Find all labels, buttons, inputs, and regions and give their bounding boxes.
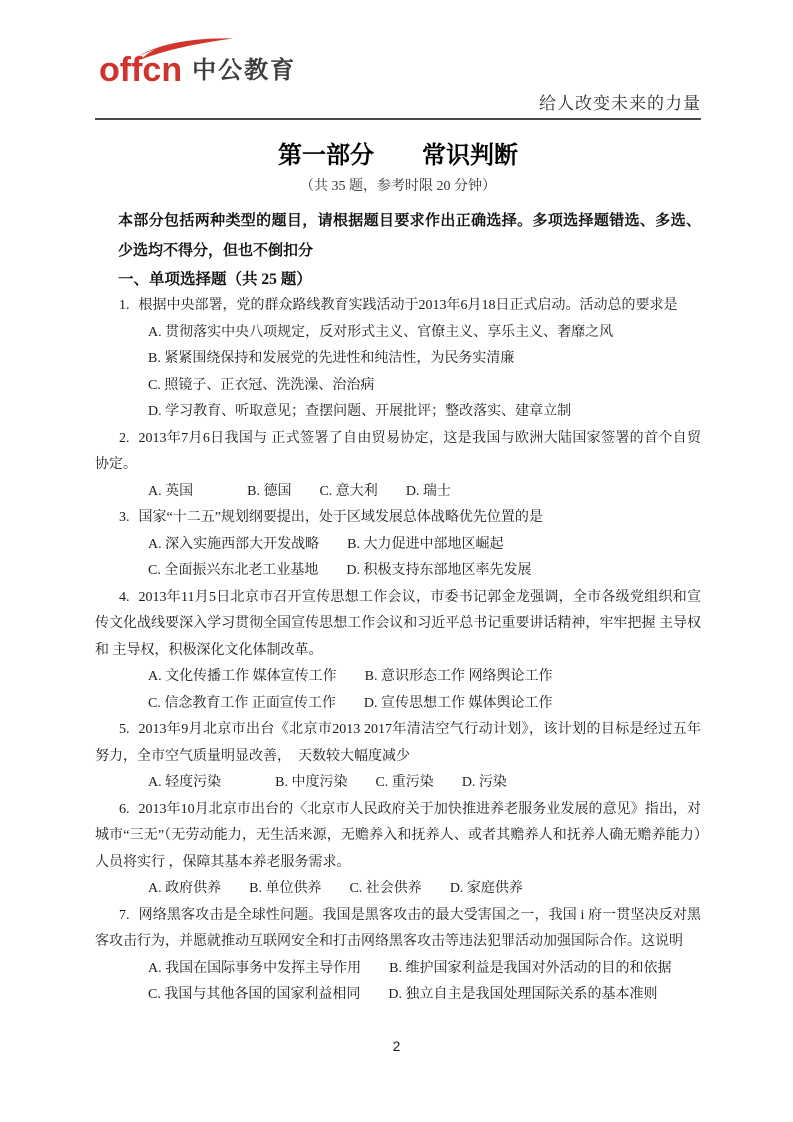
- question-4-option-a: A. 文化传播工作 媒体宣传工作: [148, 669, 337, 684]
- question-1-option-c: C. 照镜子、正衣冠、洗洗澡、治治病: [148, 378, 374, 393]
- question-7-stem: 7.网络黑客攻击是全球性问题。我国是黑客攻击的最大受害国之一，我国 i 府一贯坚…: [95, 903, 701, 956]
- header-slogan: 给人改变未来的力量: [539, 89, 701, 114]
- question-3-option-a: A. 深入实施西部大开发战略: [148, 537, 319, 552]
- section-heading: 一、单项选择题（共 25 题）: [95, 266, 701, 293]
- question-6-number: 6.: [119, 802, 130, 817]
- question-6-option-d: D. 家庭供养: [450, 881, 523, 896]
- question-4: 4.2013年11月5日北京市召开宣传思想工作会议，市委书记郭金龙强调，全市各级…: [95, 585, 701, 718]
- question-6: 6.2013年10月北京市出台的〈北京市人民政府关于加快推进养老服务业发展的意见…: [95, 797, 701, 903]
- question-1-text: 根据中央部署，党的群众路线教育实践活动于2013年6月18日正式启动。活动总的要…: [139, 298, 678, 313]
- question-1-option-b: B. 紧紧围绕保持和发展党的先进性和纯洁性，为民务实清廉: [148, 351, 514, 366]
- question-2-option-a: A. 英国: [148, 484, 193, 499]
- question-2-option-row: A. 英国B. 德国C. 意大利D. 瑞士: [95, 479, 701, 506]
- question-4-option-d: D. 宣传思想工作 媒体舆论工作: [364, 696, 553, 711]
- question-6-option-a: A. 政府供养: [148, 881, 221, 896]
- question-6-option-b: B. 单位供养: [249, 881, 321, 896]
- page-content: offcn 中公教育 给人改变未来的力量 第一部分 常识判断 （共 35 题，参…: [95, 0, 701, 1009]
- question-5-option-d: D. 污染: [462, 775, 507, 790]
- question-5-option-a: A. 轻度污染: [148, 775, 221, 790]
- question-7-option-b: B. 维护国家利益是我国对外活动的目的和依据: [389, 961, 671, 976]
- offcn-logo: offcn 中公教育: [99, 50, 296, 87]
- question-6-option-c: C. 社会供养: [349, 881, 421, 896]
- logo-cn-text: 中公教育: [192, 57, 296, 84]
- question-1-option-d: D. 学习教育、听取意见；查摆问题、开展批评；整改落实、建章立制: [148, 404, 571, 419]
- question-3-text: 国家“十二五”规划纲要提出，处于区域发展总体战略优先位置的是: [139, 510, 543, 525]
- question-1-option-row: B. 紧紧围绕保持和发展党的先进性和纯洁性，为民务实清廉: [95, 346, 701, 373]
- question-1-number: 1.: [119, 298, 130, 313]
- question-1-option-row: C. 照镜子、正衣冠、洗洗澡、治治病: [95, 373, 701, 400]
- question-7-text: 网络黑客攻击是全球性问题。我国是黑客攻击的最大受害国之一，我国 i 府一贯坚决反…: [95, 908, 701, 950]
- question-4-number: 4.: [119, 590, 130, 605]
- question-3-stem: 3.国家“十二五”规划纲要提出，处于区域发展总体战略优先位置的是: [95, 505, 701, 532]
- question-3-option-row: C. 全面振兴东北老工业基地D. 积极支持东部地区率先发展: [95, 558, 701, 585]
- question-7-option-a: A. 我国在国际事务中发挥主导作用: [148, 961, 361, 976]
- page-number: 2: [0, 1038, 793, 1054]
- question-2-option-c: C. 意大利: [319, 484, 377, 499]
- header: offcn 中公教育 给人改变未来的力量: [95, 0, 701, 120]
- question-7-number: 7.: [119, 908, 130, 923]
- question-5: 5.2013年9月北京市出台《北京市2013 2017年清洁空气行动计划》，该计…: [95, 717, 701, 797]
- question-1-option-row: A. 贯彻落实中央八项规定，反对形式主义、官僚主义、享乐主义、奢靡之风: [95, 320, 701, 347]
- question-5-stem: 5.2013年9月北京市出台《北京市2013 2017年清洁空气行动计划》，该计…: [95, 717, 701, 770]
- question-3-option-b: B. 大力促进中部地区崛起: [347, 537, 503, 552]
- question-5-option-b: B. 中度污染: [275, 775, 347, 790]
- question-1-option-row: D. 学习教育、听取意见；查摆问题、开展批评；整改落实、建章立制: [95, 399, 701, 426]
- question-3-option-c: C. 全面振兴东北老工业基地: [148, 563, 318, 578]
- question-4-option-row: C. 信念教育工作 正面宣传工作D. 宣传思想工作 媒体舆论工作: [95, 691, 701, 718]
- question-4-stem: 4.2013年11月5日北京市召开宣传思想工作会议，市委书记郭金龙强调，全市各级…: [95, 585, 701, 665]
- question-3: 3.国家“十二五”规划纲要提出，处于区域发展总体战略优先位置的是 A. 深入实施…: [95, 505, 701, 585]
- page-subtitle: （共 35 题，参考时限 20 分钟）: [95, 176, 701, 198]
- question-3-option-d: D. 积极支持东部地区率先发展: [346, 563, 531, 578]
- question-6-stem: 6.2013年10月北京市出台的〈北京市人民政府关于加快推进养老服务业发展的意见…: [95, 797, 701, 877]
- question-5-option-row: A. 轻度污染B. 中度污染C. 重污染D. 污染: [95, 770, 701, 797]
- question-5-number: 5.: [119, 722, 130, 737]
- logo-wordmark-wrap: offcn: [99, 53, 182, 87]
- question-7-option-row: A. 我国在国际事务中发挥主导作用B. 维护国家利益是我国对外活动的目的和依据: [95, 956, 701, 983]
- question-3-option-row: A. 深入实施西部大开发战略B. 大力促进中部地区崛起: [95, 532, 701, 559]
- question-1: 1.根据中央部署，党的群众路线教育实践活动于2013年6月18日正式启动。活动总…: [95, 293, 701, 426]
- question-2-text: 2013年7月6日我国与 正式签署了自由贸易协定，这是我国与欧洲大陆国家签署的首…: [95, 431, 701, 473]
- question-7-option-row: C. 我国与其他各国的国家利益相同D. 独立自主是我国处理国际关系的基本准则: [95, 982, 701, 1009]
- question-5-text: 2013年9月北京市出台《北京市2013 2017年清洁空气行动计划》，该计划的…: [95, 722, 701, 764]
- question-2-option-d: D. 瑞士: [406, 484, 451, 499]
- question-4-option-b: B. 意识形态工作 网络舆论工作: [365, 669, 553, 684]
- logo-swoosh-icon: [131, 36, 235, 60]
- question-7-option-d: D. 独立自主是我国处理国际关系的基本准则: [388, 987, 657, 1002]
- question-2: 2.2013年7月6日我国与 正式签署了自由贸易协定，这是我国与欧洲大陆国家签署…: [95, 426, 701, 506]
- question-7-option-c: C. 我国与其他各国的国家利益相同: [148, 987, 360, 1002]
- question-5-option-c: C. 重污染: [375, 775, 433, 790]
- question-4-option-c: C. 信念教育工作 正面宣传工作: [148, 696, 336, 711]
- question-4-option-row: A. 文化传播工作 媒体宣传工作B. 意识形态工作 网络舆论工作: [95, 664, 701, 691]
- page-title: 第一部分 常识判断: [95, 140, 701, 172]
- document-page: offcn 中公教育 给人改变未来的力量 第一部分 常识判断 （共 35 题，参…: [0, 0, 793, 1122]
- question-1-option-a: A. 贯彻落实中央八项规定，反对形式主义、官僚主义、享乐主义、奢靡之风: [148, 325, 613, 340]
- question-3-number: 3.: [119, 510, 130, 525]
- question-2-number: 2.: [119, 431, 130, 446]
- question-6-text: 2013年10月北京市出台的〈北京市人民政府关于加快推进养老服务业发展的意见》指…: [95, 802, 701, 870]
- question-7: 7.网络黑客攻击是全球性问题。我国是黑客攻击的最大受害国之一，我国 i 府一贯坚…: [95, 903, 701, 1009]
- question-2-option-b: B. 德国: [247, 484, 291, 499]
- instructions-paragraph: 本部分包括两种类型的题目，请根据题目要求作出正确选择。多项选择题错选、多选、少选…: [118, 206, 701, 266]
- question-6-option-row: A. 政府供养B. 单位供养C. 社会供养D. 家庭供养: [95, 876, 701, 903]
- question-1-stem: 1.根据中央部署，党的群众路线教育实践活动于2013年6月18日正式启动。活动总…: [95, 293, 701, 320]
- question-4-text: 2013年11月5日北京市召开宣传思想工作会议，市委书记郭金龙强调，全市各级党组…: [95, 590, 701, 658]
- question-2-stem: 2.2013年7月6日我国与 正式签署了自由贸易协定，这是我国与欧洲大陆国家签署…: [95, 426, 701, 479]
